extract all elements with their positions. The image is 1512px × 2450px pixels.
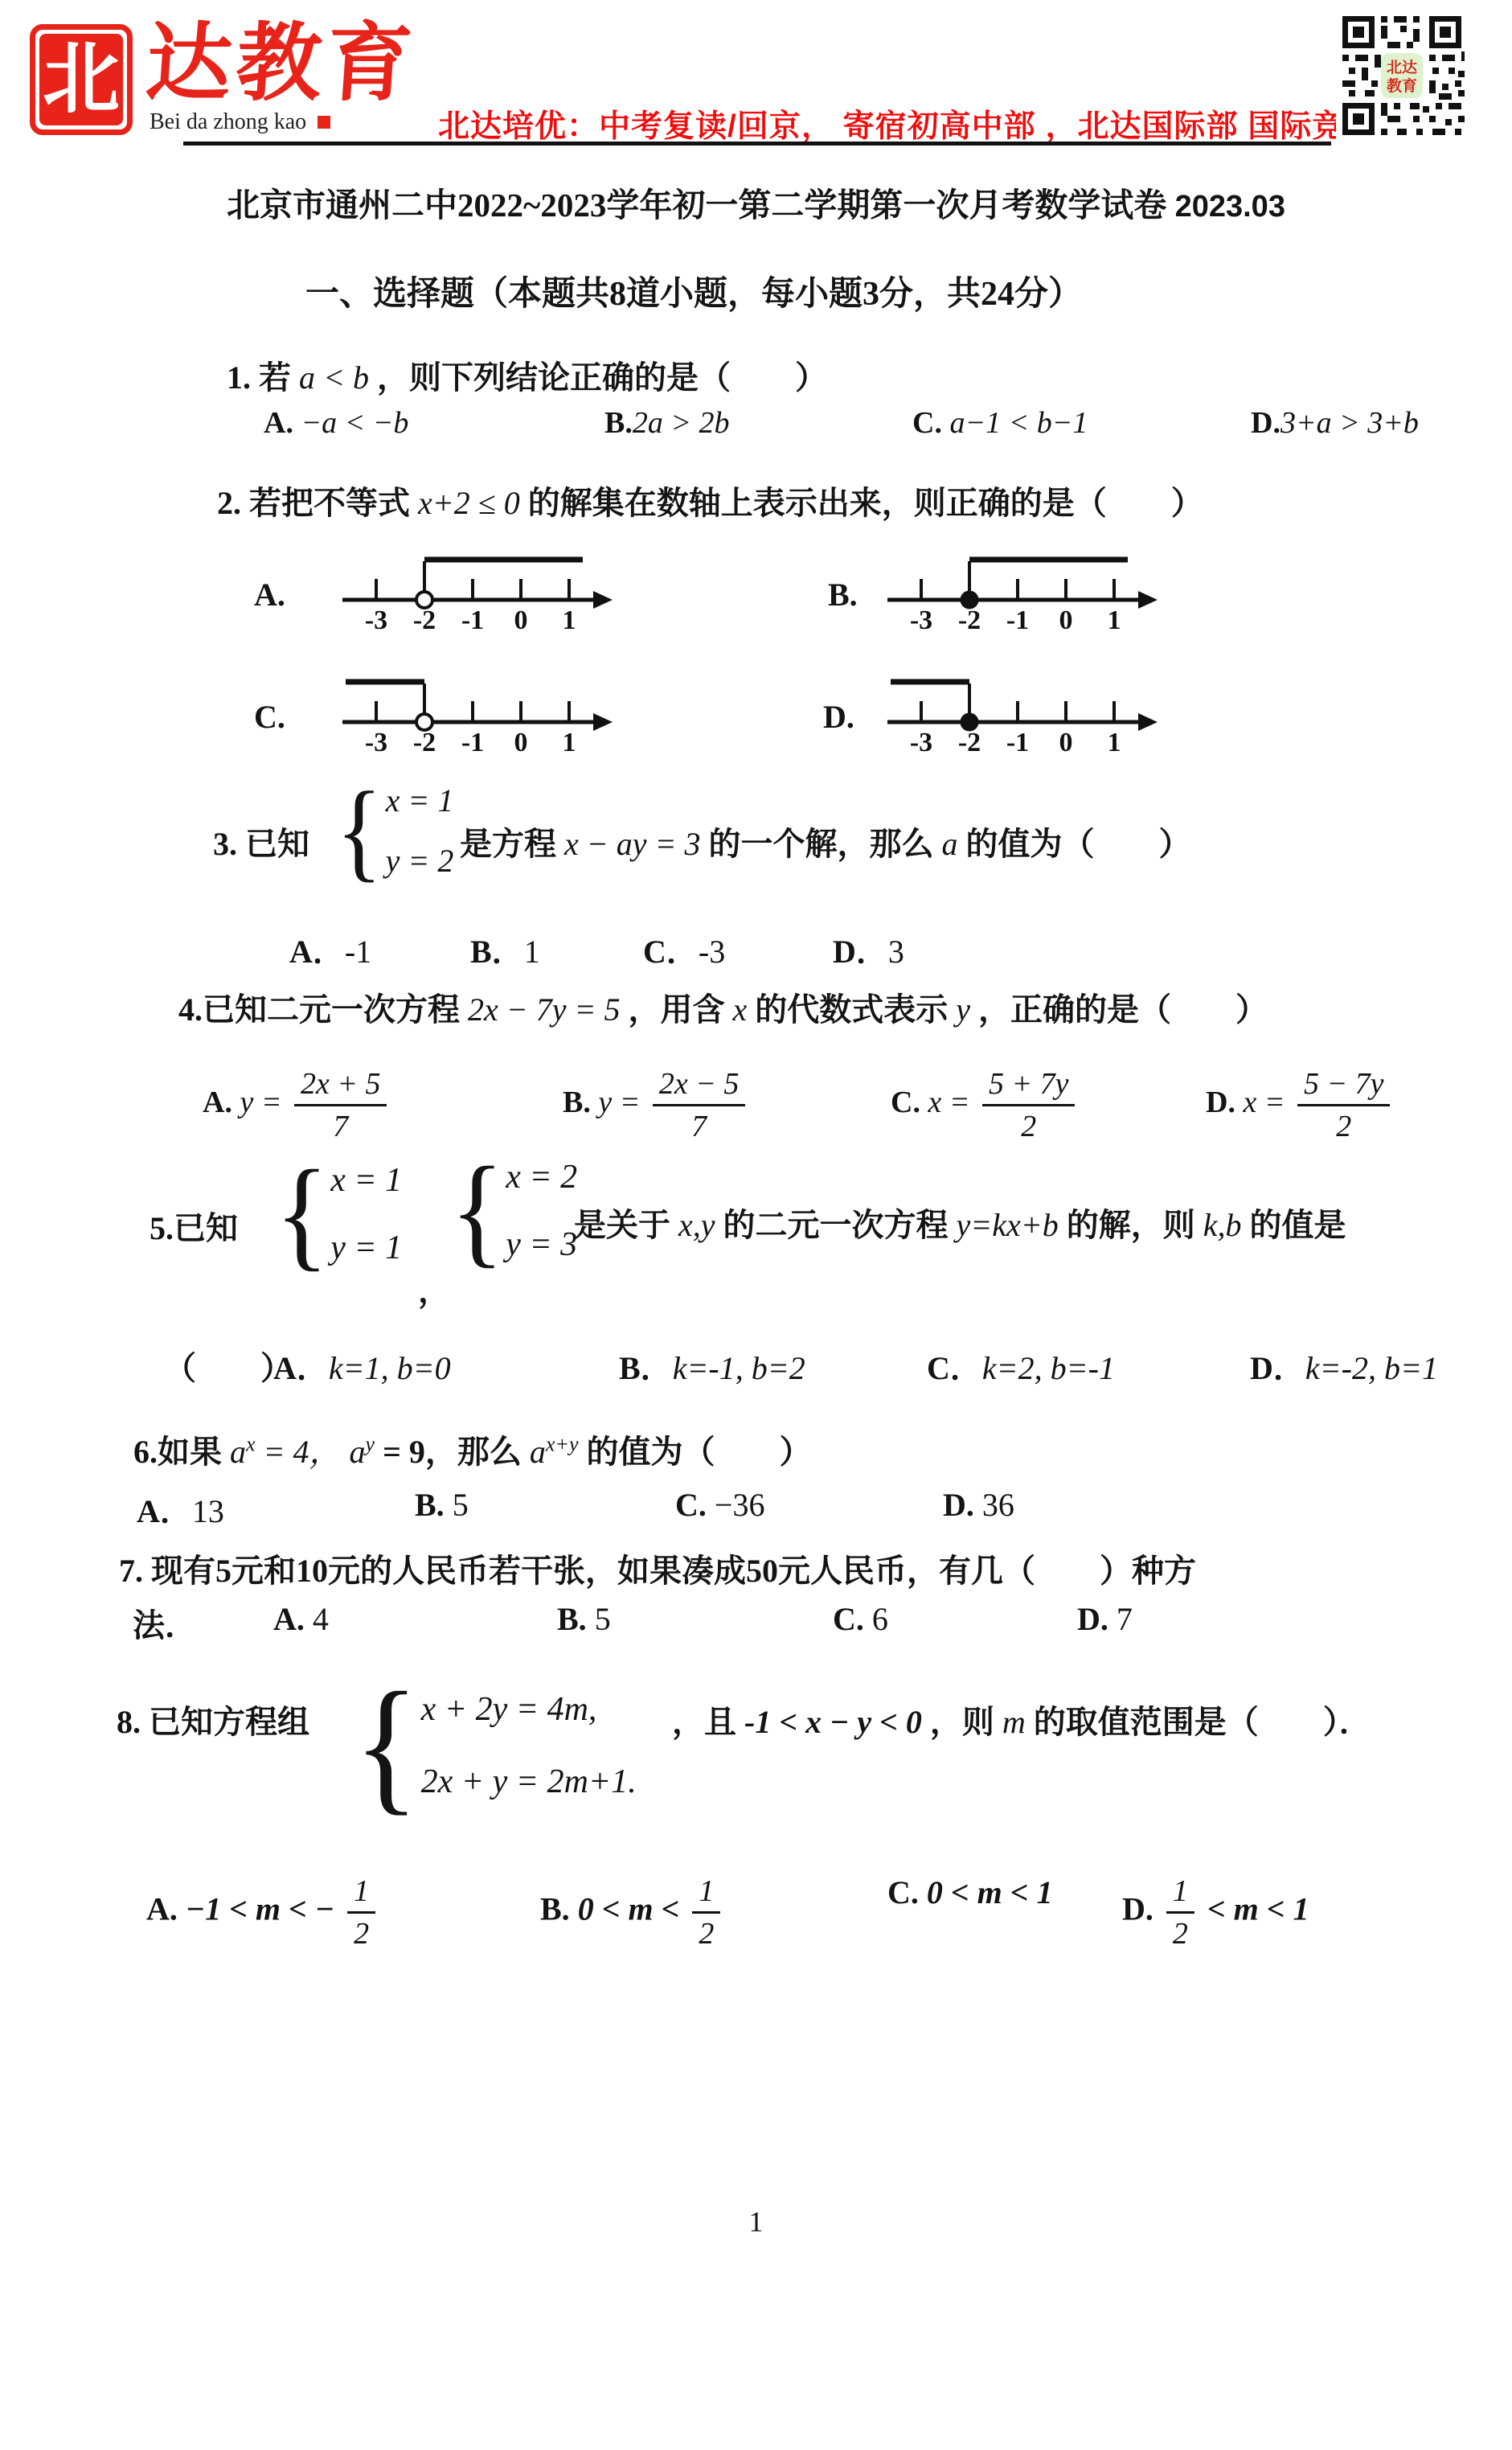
svg-text:1: 1 <box>1108 728 1121 756</box>
exam-date: 2023.03 <box>1175 190 1285 224</box>
exam-title-text: 北京市通州二中2022~2023学年初一第二学期第一次月考数学试卷 <box>227 187 1166 224</box>
svg-text:0: 0 <box>1059 605 1073 634</box>
number-line-b: -3 -2 -1 0 1 <box>883 550 1160 634</box>
q5-p2: 的二元一次方程 <box>723 1207 949 1243</box>
q5-sys2-eq1: x = 2 <box>506 1158 577 1196</box>
q6-pre: 6.如果 <box>133 1434 222 1470</box>
question-3-stem: 是方程 x − ay = 3 的一个解，那么 a 的值为（ ） <box>460 819 1191 864</box>
q7-stem-line2: 法． <box>133 1600 197 1646</box>
option-7d: D. 7 <box>1077 1600 1133 1638</box>
q4-var2: y <box>956 991 970 1028</box>
brand-romanization: Bei da zhong kao <box>150 109 330 135</box>
option-3c: C．-3 <box>643 926 725 972</box>
q6-m2-rest: = 9，那么 <box>375 1434 522 1470</box>
svg-text:0: 0 <box>514 605 528 634</box>
q5-sys2-eq2: y = 3 <box>506 1225 577 1264</box>
q1-pre: 1. 若 <box>227 359 291 396</box>
option-3b: B．1 <box>470 926 540 972</box>
brace-icon: { <box>450 1155 504 1267</box>
qr-badge-line2: 教育 <box>1387 76 1417 95</box>
q3-pre: 3. 已知 <box>213 819 309 864</box>
q6-m2-base: a <box>350 1434 366 1470</box>
svg-text:-1: -1 <box>461 605 484 634</box>
figure-a-label: A. <box>254 576 285 614</box>
q4-mid: ，用含 <box>629 991 725 1028</box>
option-5c: C．k=2, b=-1 <box>927 1343 1115 1389</box>
svg-text:-3: -3 <box>910 605 932 634</box>
option-8d: D. 12 < m < 1 <box>1122 1873 1309 1951</box>
q8-mid2: ，则 <box>930 1704 994 1740</box>
q8-eq2: 2x + y = 2m+1. <box>421 1763 637 1801</box>
option-8b: B. 0 < m < 12 <box>540 1873 725 1951</box>
logo-stamp: 北 <box>30 24 133 135</box>
q5-system-1: { x = 1 y = 1 <box>275 1161 402 1267</box>
question-4-stem: 4.已知二元一次方程 2x − 7y = 5 ，用含 x 的代数式表示 y ，正… <box>178 984 1268 1030</box>
q5-p4: 的值是 <box>1250 1207 1346 1243</box>
number-line-a: -3 -2 -1 0 1 <box>338 550 615 634</box>
option-8a: A. −1 < m < − 12 <box>146 1873 380 1951</box>
q5-m2: y=kx+b <box>957 1207 1059 1243</box>
question-1-options: A. −a < −b B.2a > 2b C. a−1 < b−1 D.3+a … <box>0 405 1512 445</box>
svg-text:-2: -2 <box>413 728 436 756</box>
brace-icon: { <box>336 781 383 880</box>
figure-b-label: B. <box>828 576 858 614</box>
number-line-c: -3 -2 -1 0 1 <box>338 672 615 756</box>
number-line-d: -3 -2 -1 0 1 <box>883 672 1160 756</box>
question-4-options: A. y = 2x + 57 B. y = 2x − 57 C. x = 5 +… <box>0 1044 1512 1148</box>
q3-mid: 是方程 <box>460 826 556 862</box>
brand-romanization-text: Bei da zhong kao <box>150 109 306 134</box>
option-7c: C. 6 <box>833 1600 888 1638</box>
q8-var: m <box>1002 1704 1026 1740</box>
q5-system-2: { x = 2 y = 3 <box>450 1158 577 1264</box>
q1-post: ，则下列结论正确的是（ ） <box>377 359 827 396</box>
svg-text:1: 1 <box>1108 605 1121 634</box>
qr-center-badge: 北达 教育 <box>1381 53 1423 98</box>
q5-m3: k,b <box>1203 1207 1242 1243</box>
q3-eq2: y = 2 <box>386 842 454 880</box>
option-3d: D．3 <box>833 926 904 972</box>
svg-text:1: 1 <box>563 605 576 634</box>
q6-m3-sup: x+y <box>546 1433 579 1456</box>
q6-m1-base: a <box>230 1434 246 1470</box>
figure-c-label: C. <box>254 698 285 736</box>
question-8-options: A. −1 < m < − 12 B. 0 < m < 12 C. 0 < m … <box>0 1846 1512 1959</box>
q6-m3-base: a <box>530 1434 546 1470</box>
option-3a: A．-1 <box>289 926 371 972</box>
q4-post: ，正确的是（ ） <box>978 991 1268 1028</box>
section-heading: 一、选择题（本题共8道小题，每小题3分，共24分） <box>305 267 1082 315</box>
q8-mid: ，且 <box>672 1704 736 1740</box>
q3-var: a <box>942 826 958 862</box>
option-5a: A．k=1, b=0 <box>273 1343 451 1389</box>
logo-stamp-character: 北 <box>39 34 123 125</box>
q4-mid2: 的代数式表示 <box>755 991 948 1028</box>
option-1a: A. −a < −b <box>264 405 408 441</box>
svg-text:-2: -2 <box>958 728 981 756</box>
svg-text:-3: -3 <box>365 605 387 634</box>
q8-pre: 8. 已知方程组 <box>117 1697 309 1742</box>
svg-text:1: 1 <box>563 728 576 756</box>
header-slogan: 北达培优：中考复读/回京， 寄宿初高中部 ，北达国际部 国际竞赛部 <box>438 101 1408 146</box>
question-6-stem: 6.如果 ax = 4， ay = 9，那么 ax+y 的值为（ ） <box>133 1426 812 1472</box>
qr-finder-topleft <box>1342 16 1375 48</box>
exam-title: 北京市通州二中2022~2023学年初一第二学期第一次月考数学试卷 2023.0… <box>0 179 1512 226</box>
q3-eq1: x = 1 <box>386 782 454 819</box>
option-6d: D. 36 <box>943 1486 1014 1524</box>
q4-pre: 4.已知二元一次方程 <box>178 991 460 1028</box>
q4-math: 2x − 7y = 5 <box>468 991 621 1028</box>
q5-p1: 是关于 <box>574 1207 670 1243</box>
q3-mid2: 的一个解，那么 <box>709 826 934 862</box>
q5-m1: x,y <box>678 1207 715 1243</box>
q8-math: -1 < x − y < 0 <box>744 1704 922 1740</box>
option-4c: C. x = 5 + 7y2 <box>891 1066 1080 1144</box>
q5-sys1-eq1: x = 1 <box>330 1161 402 1200</box>
option-8c: C. 0 < m < 1 <box>887 1873 1053 1911</box>
option-7b: B. 5 <box>557 1600 611 1638</box>
q2-math: x+2 ≤ 0 <box>418 485 520 521</box>
q8-post: 的取值范围是（ ）． <box>1034 1704 1371 1740</box>
q2-post: 的解集在数轴上表示出来，则正确的是（ ） <box>528 485 1203 521</box>
figure-d-label: D. <box>823 698 854 736</box>
q1-math: a < b <box>299 359 369 396</box>
question-7-stem-line1: 7. 现有5元和10元的人民币若干张，如果凑成50元人民币，有几（ ）种方 <box>119 1545 1196 1591</box>
svg-text:-2: -2 <box>958 605 981 634</box>
svg-text:0: 0 <box>514 728 528 756</box>
page-number: 1 <box>0 2205 1512 2239</box>
svg-text:-1: -1 <box>1006 605 1029 634</box>
qr-code: 北达 教育 <box>1336 10 1468 142</box>
brace-icon: { <box>354 1677 420 1812</box>
q6-post: 的值为（ ） <box>587 1434 812 1470</box>
option-7a: A. 4 <box>273 1600 329 1638</box>
svg-text:-1: -1 <box>1006 728 1029 756</box>
option-1d: D.3+a > 3+b <box>1251 405 1419 441</box>
q5-comma: ， <box>418 1266 450 1311</box>
q6-m1-rest: = 4， <box>256 1434 342 1470</box>
q3-post: 的值为（ ） <box>966 826 1191 862</box>
question-6-options: A．13 B. 5 C. −36 D. 36 <box>0 1486 1512 1526</box>
svg-text:-3: -3 <box>365 728 387 756</box>
question-3-options: A．-1 B．1 C．-3 D．3 <box>0 926 1512 966</box>
svg-text:-2: -2 <box>413 605 436 634</box>
svg-text:-1: -1 <box>461 728 484 756</box>
question-8-stem: ，且 -1 < x − y < 0 ，则 m 的取值范围是（ ）． <box>672 1697 1371 1742</box>
option-6a: A．13 <box>137 1486 224 1532</box>
q6-m2-sup: y <box>366 1433 375 1456</box>
q2-pre: 2. 若把不等式 <box>217 485 410 521</box>
option-6c: C. −36 <box>675 1486 764 1524</box>
option-6b: B. 5 <box>415 1486 469 1524</box>
svg-text:0: 0 <box>1059 728 1073 756</box>
red-square-icon <box>318 116 330 129</box>
option-1b: B.2a > 2b <box>604 405 730 441</box>
option-5b: B．k=-1, b=2 <box>619 1343 805 1389</box>
q5-sys1-eq2: y = 1 <box>330 1229 402 1267</box>
option-4d: D. x = 5 − 7y2 <box>1206 1066 1395 1144</box>
q8-eq1: x + 2y = 4m, <box>421 1690 637 1729</box>
header-divider <box>183 142 1331 146</box>
option-4b: B. y = 2x − 57 <box>563 1066 750 1144</box>
q8-system: { x + 2y = 4m, 2x + y = 2m+1. <box>354 1684 637 1807</box>
question-1-stem: 1. 若 a < b ，则下列结论正确的是（ ） <box>227 352 827 398</box>
option-4a: A. y = 2x + 57 <box>203 1066 391 1144</box>
qr-finder-bottomleft <box>1342 103 1375 135</box>
question-5-options: （ ） A．k=1, b=0 B．k=-1, b=2 C．k=2, b=-1 D… <box>0 1343 1512 1383</box>
svg-text:-3: -3 <box>910 728 932 756</box>
question-5-stem: 是关于 x,y 的二元一次方程 y=kx+b 的解，则 k,b 的值是 <box>574 1200 1346 1246</box>
q4-var1: x <box>733 991 748 1028</box>
q5-pre: 5.已知 <box>150 1203 238 1249</box>
brace-icon: { <box>275 1159 329 1270</box>
q6-m1-sup: x <box>246 1433 256 1456</box>
option-1c: C. a−1 < b−1 <box>912 405 1088 441</box>
qr-finder-topright <box>1429 16 1461 48</box>
q3-math: x − ay = 3 <box>564 826 701 862</box>
question-2-stem: 2. 若把不等式 x+2 ≤ 0 的解集在数轴上表示出来，则正确的是（ ） <box>217 478 1203 523</box>
q3-system: { x = 1 y = 2 <box>336 782 453 880</box>
brand-name: 达教育 <box>143 18 420 112</box>
q5-p3: 的解，则 <box>1067 1207 1195 1243</box>
option-5d: D．k=-2, b=1 <box>1250 1343 1438 1389</box>
exam-page: 北 达教育 Bei da zhong kao 北达培优：中考复读/回京， 寄宿初… <box>0 0 1512 2450</box>
qr-badge-line1: 北达 <box>1387 58 1417 76</box>
question-7-options: 法． A. 4 B. 5 C. 6 D. 7 <box>0 1600 1512 1640</box>
